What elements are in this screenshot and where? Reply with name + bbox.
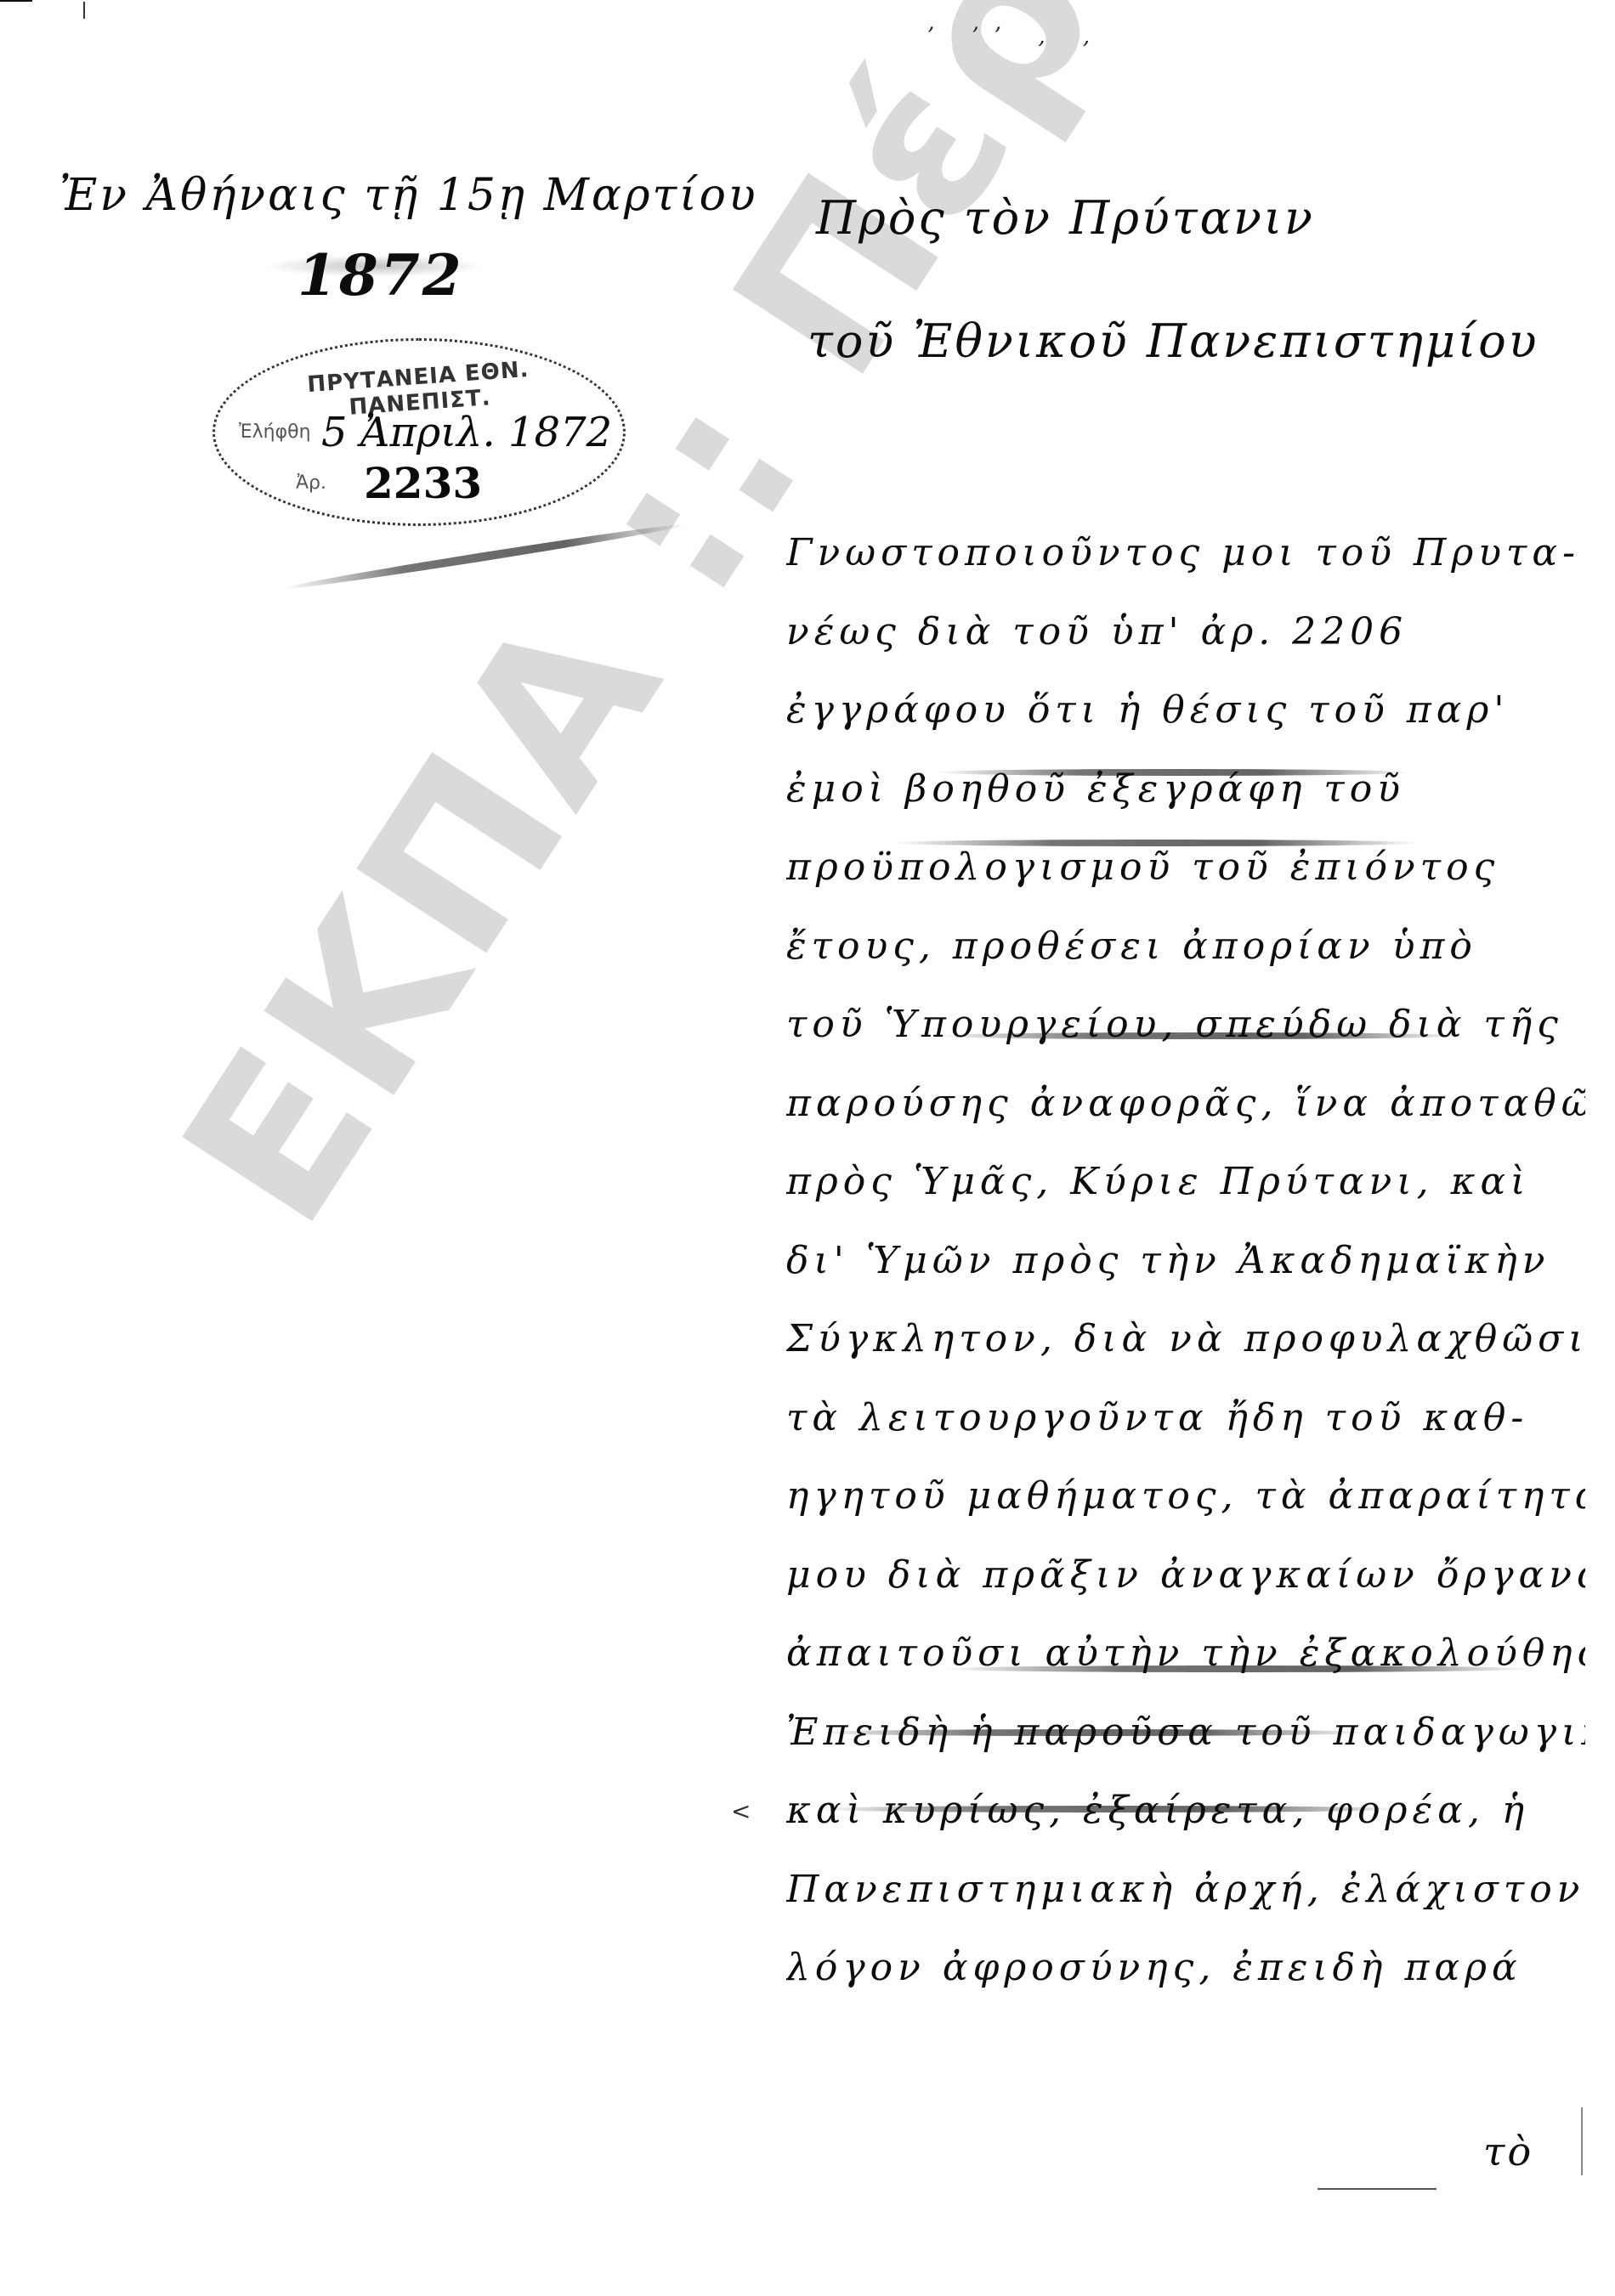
body-line: πρὸς Ὑμᾶς, Κύριε Πρύτανι, καὶ bbox=[786, 1143, 1585, 1222]
body-line: ἐμοὶ βοηθοῦ ἐξεγράφη τοῦ bbox=[786, 750, 1585, 829]
body-line: δι' Ὑμῶν πρὸς τὴν Ἀκαδημαϊκὴν bbox=[786, 1222, 1585, 1301]
body-line: παρούσης ἀναφορᾶς, ἵνα ἀποταθῶ bbox=[786, 1065, 1585, 1144]
catchword-rule bbox=[1317, 2188, 1436, 2190]
body-line: λόγον ἀφροσύνης, ἐπειδὴ παρά bbox=[786, 1929, 1585, 2008]
document-page: ΕΚΠΑ :: Πέργαμος ʼ ʼʼ , , Ἐν Ἀθήναις τῇ … bbox=[0, 0, 1615, 2296]
scan-edge-tick bbox=[83, 2, 85, 19]
body-line: ηγητοῦ μαθήματος, τὰ ἀπαραίτητα bbox=[786, 1457, 1585, 1536]
scan-edge-mark bbox=[0, 0, 32, 2]
body-line: ἐγγράφου ὅτι ἡ θέσις τοῦ παρ' bbox=[786, 671, 1585, 750]
catchword: τὸ bbox=[1483, 2129, 1533, 2174]
body-line: Γνωστοποιοῦντος μοι τοῦ Πρυτα- bbox=[786, 514, 1585, 593]
year: 1872 bbox=[297, 242, 464, 308]
body-line: τοῦ Ὑπουργείου, σπεύδω διὰ τῆς bbox=[786, 986, 1585, 1065]
body-line: προϋπολογισμοῦ τοῦ ἐπιόντος bbox=[786, 828, 1585, 908]
stamp-date: 5 Ἀπριλ. 1872 bbox=[321, 409, 612, 456]
body-line: Σύγκλητον, διὰ νὰ προφυλαχθῶσι bbox=[786, 1300, 1585, 1379]
addressee-line-1: Πρὸς τὸν Πρύτανιν bbox=[816, 191, 1315, 245]
addressee-line-2: τοῦ Ἐθνικοῦ Πανεπιστημίου bbox=[807, 314, 1539, 368]
pencil-underline bbox=[282, 521, 687, 593]
margin-mark: < bbox=[731, 1797, 751, 1825]
receipt-stamp: ΠΡΥΤΑΝΕΙΑ ΕΘΝ. ΠΑΝΕΠΙΣΤ. Ἐλήφθη 5 Ἀπριλ.… bbox=[212, 338, 626, 526]
place-date: Ἐν Ἀθήναις τῇ 15ῃ Μαρτίου bbox=[59, 170, 758, 221]
stamp-number: 2233 bbox=[364, 458, 482, 508]
scan-edge-right bbox=[1581, 2107, 1583, 2175]
letter-body: Γνωστοποιοῦντος μοι τοῦ Πρυτα- νέως διὰ … bbox=[786, 514, 1585, 2008]
body-line: νέως διὰ τοῦ ὑπ' ἀρ. 2206 bbox=[786, 593, 1585, 672]
body-line: Πανεπιστημιακὴ ἀρχή, ἐλάχιστον bbox=[786, 1851, 1585, 1930]
body-line: καὶ κυρίως, ἐξαίρετα, φορέα, ἡ bbox=[786, 1772, 1585, 1851]
body-line: μου διὰ πρᾶξιν ἀναγκαίων ὄργανα bbox=[786, 1536, 1585, 1615]
body-line: ἔτους, προθέσει ἀπορίαν ὑπὸ bbox=[786, 908, 1585, 987]
stamp-number-label: Ἀρ. bbox=[296, 472, 326, 494]
body-line: τὰ λειτουργοῦντα ἤδη τοῦ καθ- bbox=[786, 1379, 1585, 1458]
body-line: Ἐπειδὴ ἡ παροῦσα τοῦ παιδαγωγικοῦ bbox=[786, 1694, 1585, 1773]
stamp-date-label: Ἐλήφθη bbox=[239, 421, 311, 443]
body-line: ἀπαιτοῦσι αὐτὴν τὴν ἐξακολούθησιν. bbox=[786, 1615, 1585, 1694]
top-scrawl: ʼ ʼʼ , , bbox=[926, 24, 1105, 49]
